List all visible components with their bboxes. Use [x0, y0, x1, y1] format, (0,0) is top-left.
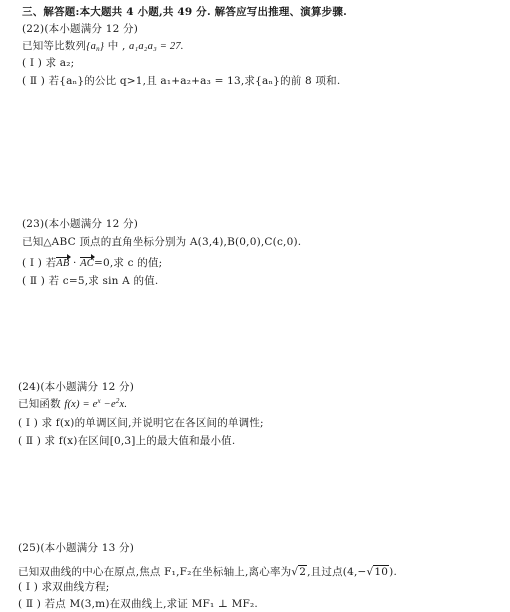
- problem-22-title: (22)(本小题满分 12 分): [22, 22, 138, 36]
- part-label: ( Ⅱ ): [18, 598, 41, 610]
- problem-score: (本小题满分 12 分): [40, 381, 134, 393]
- problem-score: (本小题满分 12 分): [44, 218, 138, 230]
- part-label: ( Ⅱ ): [22, 75, 45, 87]
- problem-24-title: (24)(本小题满分 12 分): [18, 380, 134, 394]
- problem-24-stem: 已知函数 f(x) = ex −e2x.: [18, 397, 127, 412]
- sequence: {an}: [86, 41, 104, 52]
- problem-25-part-2: ( Ⅱ ) 若点 M(3,m)在双曲线上,求证 MF₁ ⊥ MF₂.: [18, 597, 258, 611]
- problem-23-part-1: ( Ⅰ ) 若AB · AC=0,求 c 的值;: [22, 256, 162, 271]
- problem-24-part-2: ( Ⅱ ) 求 f(x)在区间[0,3]上的最大值和最小值.: [18, 434, 235, 448]
- part-label: ( Ⅰ ): [22, 57, 42, 69]
- function-definition: f(x) = ex −e2x.: [64, 399, 127, 410]
- problem-23-stem: 已知△ABC 顶点的直角坐标分别为 A(3,4),B(0,0),C(c,0).: [22, 235, 301, 249]
- problem-number: (24): [18, 381, 40, 393]
- product-expression: a₁a₂a₃ = 27.: [129, 41, 184, 52]
- problem-score: (本小题满分 12 分): [44, 23, 138, 35]
- vector-ab: AB: [56, 257, 69, 271]
- sqrt-2: √2: [291, 565, 307, 579]
- problem-22-part-2: ( Ⅱ ) 若{aₙ}的公比 q>1,且 a₁+a₂+a₃ = 13,求{aₙ}…: [22, 74, 340, 88]
- problem-25-stem: 已知双曲线的中心在原点,焦点 F₁,F₂在坐标轴上,离心率为√2,且过点(4,−…: [18, 565, 397, 579]
- problem-number: (25): [18, 542, 40, 554]
- problem-23-part-2: ( Ⅱ ) 若 c=5,求 sin A 的值.: [22, 274, 158, 288]
- part-label: ( Ⅰ ): [22, 257, 42, 269]
- problem-22-stem: 已知等比数列{an} 中 , a₁a₂a₃ = 27.: [22, 39, 184, 54]
- part-label: ( Ⅰ ): [18, 417, 38, 429]
- part-label: ( Ⅰ ): [18, 581, 38, 593]
- problem-24-part-1: ( Ⅰ ) 求 f(x)的单调区间,并说明它在各区间的单调性;: [18, 416, 264, 430]
- problem-25-part-1: ( Ⅰ ) 求双曲线方程;: [18, 580, 110, 594]
- section-header: 三、解答题:本大题共 4 小题,共 49 分. 解答应写出推理、演算步骤.: [22, 5, 347, 19]
- problem-number: (22): [22, 23, 44, 35]
- problem-22-part-1: ( Ⅰ ) 求 a₂;: [22, 56, 74, 70]
- part-label: ( Ⅱ ): [22, 275, 45, 287]
- problem-23-title: (23)(本小题满分 12 分): [22, 217, 138, 231]
- problem-number: (23): [22, 218, 44, 230]
- problem-25-title: (25)(本小题满分 13 分): [18, 541, 134, 555]
- vector-ac: AC: [80, 257, 94, 271]
- problem-score: (本小题满分 13 分): [40, 542, 134, 554]
- part-label: ( Ⅱ ): [18, 435, 41, 447]
- sqrt-10: √10: [367, 565, 390, 579]
